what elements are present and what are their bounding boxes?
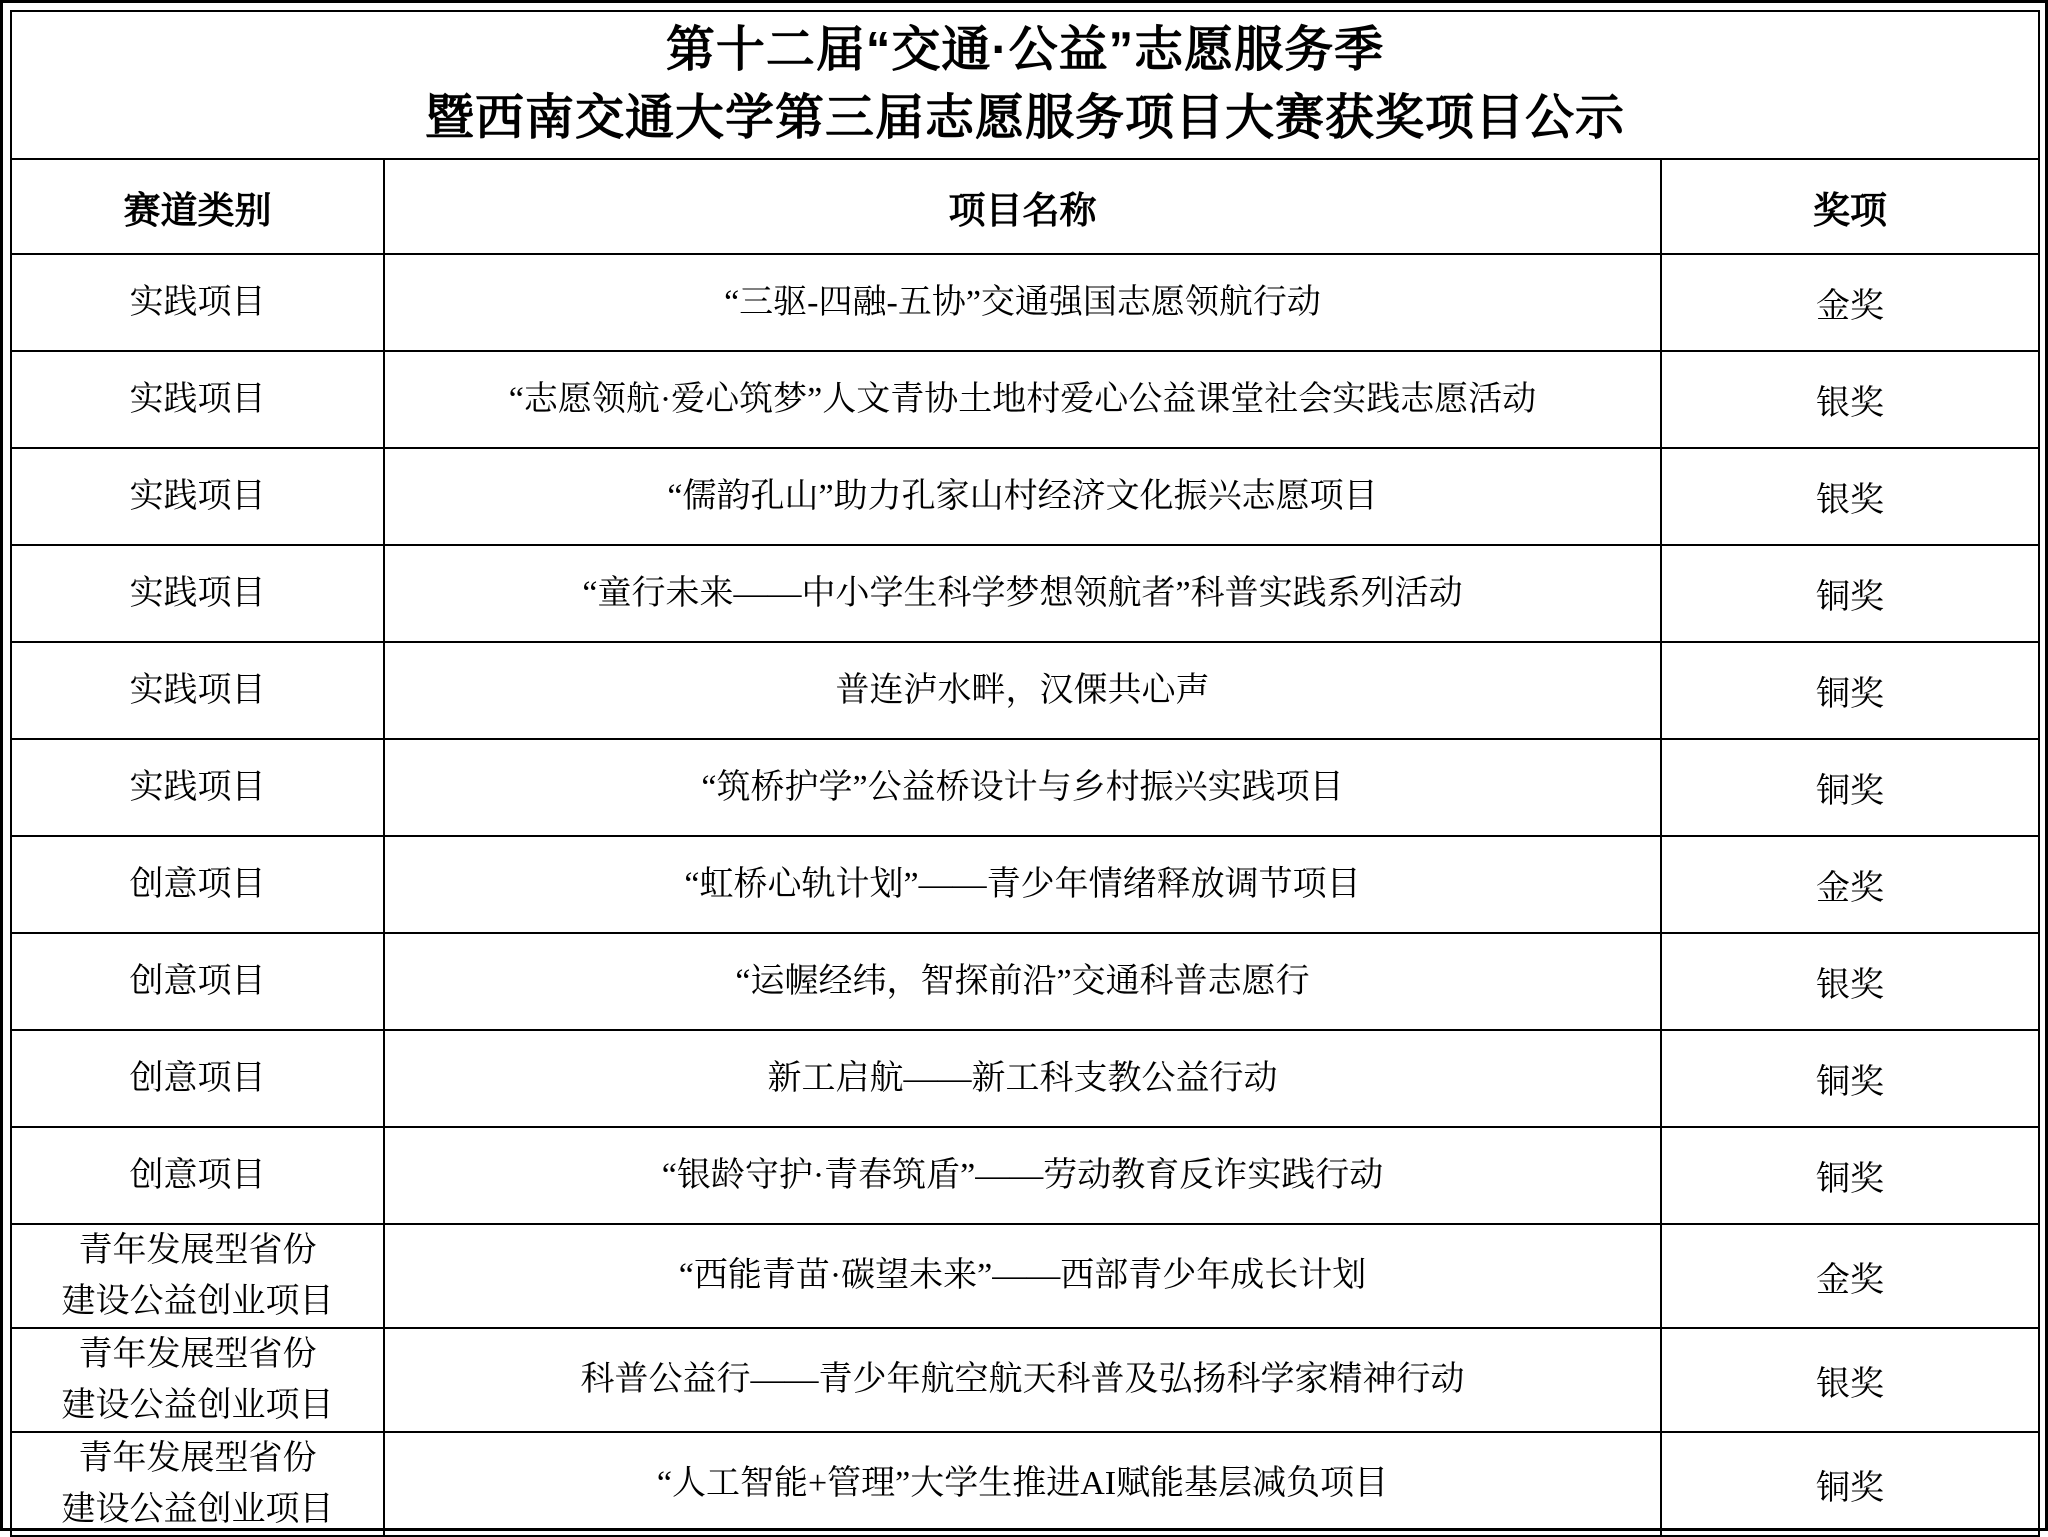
project-cell: 科普公益行——青少年航空航天科普及弘扬科学家精神行动 [384, 1328, 1661, 1432]
award-cell: 铜奖 [1661, 545, 2039, 642]
title-line-1: 第十二届“交通·公益”志愿服务季 [20, 17, 2030, 85]
table-row: 创意项目 “运幄经纬，智探前沿”交通科普志愿行 银奖 [11, 933, 2039, 1030]
header-project: 项目名称 [384, 159, 1661, 254]
award-cell: 铜奖 [1661, 1030, 2039, 1127]
category-cell: 创意项目 [11, 1030, 384, 1127]
title-row: 第十二届“交通·公益”志愿服务季 暨西南交通大学第三届志愿服务项目大赛获奖项目公… [11, 11, 2039, 159]
category-cell: 青年发展型省份 建设公益创业项目 [11, 1328, 384, 1432]
category-cell: 实践项目 [11, 448, 384, 545]
award-cell: 铜奖 [1661, 1432, 2039, 1536]
project-cell: “西能青苗·碳望未来”——西部青少年成长计划 [384, 1224, 1661, 1328]
award-cell: 铜奖 [1661, 1127, 2039, 1224]
category-cell: 实践项目 [11, 351, 384, 448]
award-cell: 金奖 [1661, 254, 2039, 351]
table-row: 实践项目 “三驱-四融-五协”交通强国志愿领航行动 金奖 [11, 254, 2039, 351]
table-row: 创意项目 “虹桥心轨计划”——青少年情绪释放调节项目 金奖 [11, 836, 2039, 933]
project-cell: “银龄守护·青春筑盾”——劳动教育反诈实践行动 [384, 1127, 1661, 1224]
announcement-document: 第十二届“交通·公益”志愿服务季 暨西南交通大学第三届志愿服务项目大赛获奖项目公… [0, 0, 2048, 1531]
title-line-2: 暨西南交通大学第三届志愿服务项目大赛获奖项目公示 [20, 85, 2030, 153]
table-row: 实践项目 “儒韵孔山”助力孔家山村经济文化振兴志愿项目 银奖 [11, 448, 2039, 545]
category-cell: 创意项目 [11, 1127, 384, 1224]
project-cell: “虹桥心轨计划”——青少年情绪释放调节项目 [384, 836, 1661, 933]
table-row: 实践项目 普连泸水畔，汉傈共心声 铜奖 [11, 642, 2039, 739]
table-row: 创意项目 新工启航——新工科支教公益行动 铜奖 [11, 1030, 2039, 1127]
document-title: 第十二届“交通·公益”志愿服务季 暨西南交通大学第三届志愿服务项目大赛获奖项目公… [11, 11, 2039, 159]
category-cell: 实践项目 [11, 545, 384, 642]
award-cell: 铜奖 [1661, 739, 2039, 836]
category-cell: 创意项目 [11, 933, 384, 1030]
award-cell: 银奖 [1661, 933, 2039, 1030]
category-cell: 实践项目 [11, 642, 384, 739]
table-header-row: 赛道类别 项目名称 奖项 [11, 159, 2039, 254]
table-row: 创意项目 “银龄守护·青春筑盾”——劳动教育反诈实践行动 铜奖 [11, 1127, 2039, 1224]
project-cell: “筑桥护学”公益桥设计与乡村振兴实践项目 [384, 739, 1661, 836]
project-cell: 普连泸水畔，汉傈共心声 [384, 642, 1661, 739]
project-cell: “人工智能+管理”大学生推进AI赋能基层减负项目 [384, 1432, 1661, 1536]
header-award: 奖项 [1661, 159, 2039, 254]
project-cell: 新工启航——新工科支教公益行动 [384, 1030, 1661, 1127]
award-cell: 银奖 [1661, 1328, 2039, 1432]
project-cell: “儒韵孔山”助力孔家山村经济文化振兴志愿项目 [384, 448, 1661, 545]
category-cell: 青年发展型省份 建设公益创业项目 [11, 1432, 384, 1536]
project-cell: “运幄经纬，智探前沿”交通科普志愿行 [384, 933, 1661, 1030]
project-cell: “童行未来——中小学生科学梦想领航者”科普实践系列活动 [384, 545, 1661, 642]
table-row: 青年发展型省份 建设公益创业项目 “西能青苗·碳望未来”——西部青少年成长计划 … [11, 1224, 2039, 1328]
category-cell: 青年发展型省份 建设公益创业项目 [11, 1224, 384, 1328]
table-row: 实践项目 “童行未来——中小学生科学梦想领航者”科普实践系列活动 铜奖 [11, 545, 2039, 642]
project-cell: “志愿领航·爱心筑梦”人文青协土地村爱心公益课堂社会实践志愿活动 [384, 351, 1661, 448]
category-cell: 实践项目 [11, 739, 384, 836]
table-row: 青年发展型省份 建设公益创业项目 科普公益行——青少年航空航天科普及弘扬科学家精… [11, 1328, 2039, 1432]
header-category: 赛道类别 [11, 159, 384, 254]
award-cell: 银奖 [1661, 448, 2039, 545]
table-row: 实践项目 “志愿领航·爱心筑梦”人文青协土地村爱心公益课堂社会实践志愿活动 银奖 [11, 351, 2039, 448]
award-cell: 银奖 [1661, 351, 2039, 448]
table-row: 青年发展型省份 建设公益创业项目 “人工智能+管理”大学生推进AI赋能基层减负项… [11, 1432, 2039, 1536]
award-cell: 金奖 [1661, 836, 2039, 933]
category-cell: 实践项目 [11, 254, 384, 351]
category-cell: 创意项目 [11, 836, 384, 933]
project-cell: “三驱-四融-五协”交通强国志愿领航行动 [384, 254, 1661, 351]
table-row: 实践项目 “筑桥护学”公益桥设计与乡村振兴实践项目 铜奖 [11, 739, 2039, 836]
award-cell: 金奖 [1661, 1224, 2039, 1328]
award-cell: 铜奖 [1661, 642, 2039, 739]
award-table: 第十二届“交通·公益”志愿服务季 暨西南交通大学第三届志愿服务项目大赛获奖项目公… [10, 10, 2040, 1537]
